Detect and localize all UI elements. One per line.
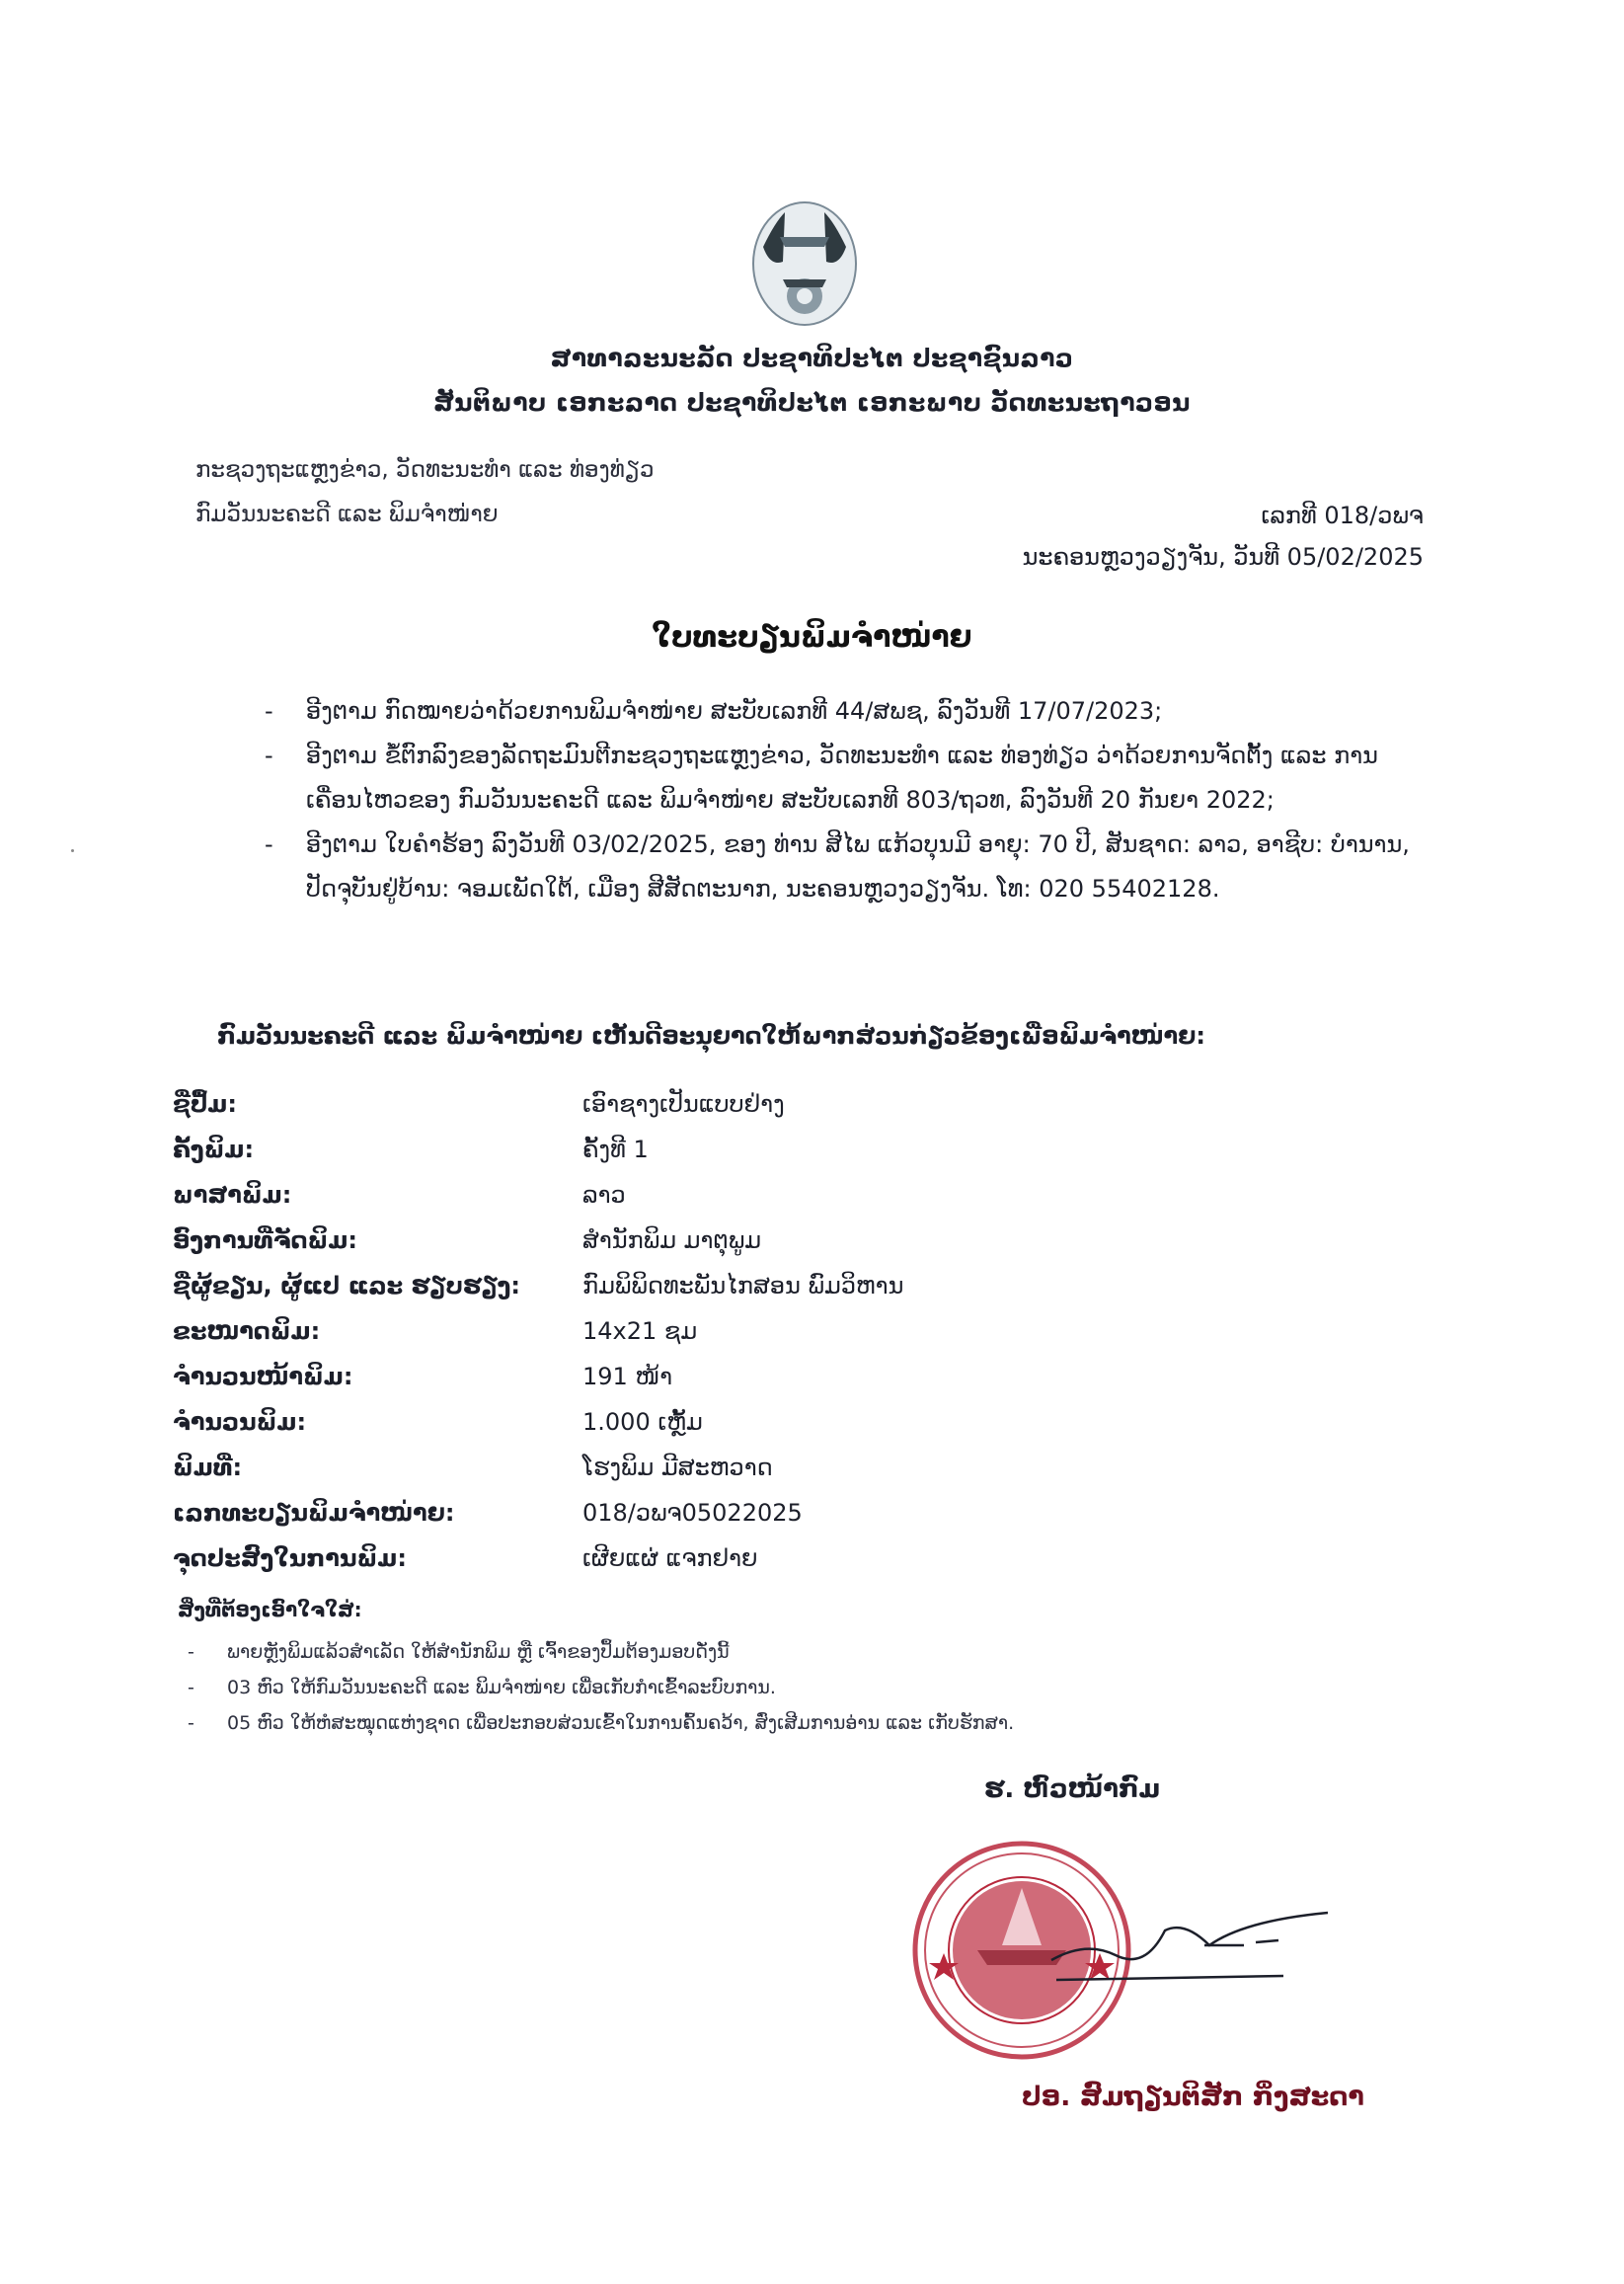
signer-name: ປອ. ສົມຖຽນຕິສັກ ກິ່ງສະດາ bbox=[1022, 2082, 1364, 2112]
field-label: ຄັ້ງພິມ: bbox=[173, 1136, 582, 1163]
lao-national-emblem-icon bbox=[745, 193, 864, 331]
reference-item: ອີງຕາມ ໃບຄຳຮ້ອງ ລົງວັນທີ 03/02/2025, ຂອງ… bbox=[265, 823, 1439, 911]
signer-title: ຮ. ຫົວໜ້າກົມ bbox=[984, 1774, 1160, 1804]
document-number: ເລກທີ 018/ວພຈ bbox=[1261, 502, 1424, 529]
notes-title: ສິ່ງທີ່ຕ້ອງເອົາໃຈໃສ່: bbox=[178, 1598, 362, 1621]
state-motto-line2: ສັນຕິພາບ ເອກະລາດ ປະຊາທິປະໄຕ ເອກະພາບ ວັດທ… bbox=[0, 388, 1624, 417]
field-value: 1.000 ເຫຼັ້ມ bbox=[582, 1408, 703, 1436]
field-row: ຈຸດປະສົງໃນການພິມ:ເຜີຍແຜ່ ແຈກຢາຍ bbox=[173, 1536, 903, 1581]
grant-statement: ກົມວັນນະຄະດີ ແລະ ພິມຈຳໜ່າຍ ເຫັນດີອະນຸຍາດ… bbox=[217, 1022, 1205, 1050]
field-value: ເຜີຍແຜ່ ແຈກຢາຍ bbox=[582, 1544, 758, 1572]
field-value: 018/ວພຈ05022025 bbox=[582, 1499, 803, 1527]
field-value: 14x21 ຊມ bbox=[582, 1317, 697, 1345]
field-label: ຈຸດປະສົງໃນການພິມ: bbox=[173, 1544, 582, 1572]
field-row: ອົງການທີ່ຈັດພິມ:ສຳນັກພິມ ມາຕຸພູມ bbox=[173, 1218, 903, 1263]
field-row: ຈຳນວນພິມ:1.000 ເຫຼັ້ມ bbox=[173, 1399, 903, 1445]
department-name: ກົມວັນນະຄະດີ ແລະ ພິມຈຳໜ່າຍ bbox=[195, 502, 499, 527]
reference-item: ອີງຕາມ ຂໍ້ຕົກລົງຂອງລັດຖະມົນຕີກະຊວງຖະແຫຼງ… bbox=[265, 734, 1439, 823]
note-item: 03 ຫົວ ໃຫ້ກົມວັນນະຄະດີ ແລະ ພິມຈຳໜ່າຍ ເພື… bbox=[188, 1670, 1014, 1705]
state-motto-line1: ສາທາລະນະລັດ ປະຊາທິປະໄຕ ປະຊາຊົນລາວ bbox=[0, 344, 1624, 372]
field-row: ຊື່ປຶ້ມ:ເອົາຊາງເປັນແບບຢ່າງ bbox=[173, 1081, 903, 1127]
notes-list: ພາຍຫຼັງພິມແລ້ວສຳເລັດ ໃຫ້ສຳນັກພິມ ຫຼື ເຈົ… bbox=[188, 1634, 1014, 1741]
field-row: ພາສາພິມ:ລາວ bbox=[173, 1172, 903, 1218]
field-label: ອົງການທີ່ຈັດພິມ: bbox=[173, 1226, 582, 1254]
ministry-name: ກະຊວງຖະແຫຼງຂ່າວ, ວັດທະນະທຳ ແລະ ທ່ອງທ່ຽວ bbox=[195, 457, 655, 483]
place-date: ນະຄອນຫຼວງວຽງຈັນ, ວັນທີ 05/02/2025 bbox=[1023, 543, 1424, 571]
field-value: ສຳນັກພິມ ມາຕຸພູມ bbox=[582, 1226, 761, 1254]
note-item: 05 ຫົວ ໃຫ້ຫໍສະໝຸດແຫ່ງຊາດ ເພື່ອປະກອບສ່ວນເ… bbox=[188, 1705, 1014, 1741]
field-row: ຂະໜາດພິມ:14x21 ຊມ bbox=[173, 1308, 903, 1354]
reference-item: ອີງຕາມ ກົດໝາຍວ່າດ້ວຍການພິມຈຳໜ່າຍ ສະບັບເລ… bbox=[265, 689, 1439, 734]
note-item: ພາຍຫຼັງພິມແລ້ວສຳເລັດ ໃຫ້ສຳນັກພິມ ຫຼື ເຈົ… bbox=[188, 1634, 1014, 1670]
field-row: ເລກທະບຽນພິມຈຳໜ່າຍ:018/ວພຈ05022025 bbox=[173, 1490, 903, 1536]
field-value: ຄັ້ງທີ 1 bbox=[582, 1136, 649, 1163]
field-label: ຈຳນວນພິມ: bbox=[173, 1408, 582, 1436]
field-label: ພາສາພິມ: bbox=[173, 1181, 582, 1209]
document-title: ໃບທະບຽນພິມຈຳໜ່າຍ bbox=[0, 620, 1624, 655]
field-value: ໂຮງພິມ ມີສະຫວາດ bbox=[582, 1454, 773, 1481]
publication-details: ຊື່ປຶ້ມ:ເອົາຊາງເປັນແບບຢ່າງ ຄັ້ງພິມ:ຄັ້ງທ… bbox=[173, 1081, 903, 1581]
field-row: ພິມທີ່:ໂຮງພິມ ມີສະຫວາດ bbox=[173, 1445, 903, 1490]
field-row: ຈຳນວນໜ້າພິມ:191 ໜ້າ bbox=[173, 1354, 903, 1399]
field-value: ລາວ bbox=[582, 1181, 626, 1209]
handwritten-signature-icon bbox=[1046, 1901, 1333, 1990]
scan-speck bbox=[71, 849, 74, 852]
field-value: 191 ໜ້າ bbox=[582, 1363, 672, 1390]
field-row: ຄັ້ງພິມ:ຄັ້ງທີ 1 bbox=[173, 1127, 903, 1172]
field-label: ຊື່ປຶ້ມ: bbox=[173, 1090, 582, 1118]
field-label: ຊື່ຜູ້ຂຽນ, ຜູ້ແປ ແລະ ຮຽບຮຽງ: bbox=[173, 1272, 582, 1300]
field-value: ເອົາຊາງເປັນແບບຢ່າງ bbox=[582, 1090, 785, 1118]
field-label: ເລກທະບຽນພິມຈຳໜ່າຍ: bbox=[173, 1499, 582, 1527]
field-label: ຈຳນວນໜ້າພິມ: bbox=[173, 1363, 582, 1390]
field-value: ກົມພິພິດທະພັນໄກສອນ ພົມວິຫານ bbox=[582, 1272, 903, 1300]
legal-references: ອີງຕາມ ກົດໝາຍວ່າດ້ວຍການພິມຈຳໜ່າຍ ສະບັບເລ… bbox=[265, 689, 1439, 911]
field-label: ຂະໜາດພິມ: bbox=[173, 1317, 582, 1345]
field-label: ພິມທີ່: bbox=[173, 1454, 582, 1481]
field-row: ຊື່ຜູ້ຂຽນ, ຜູ້ແປ ແລະ ຮຽບຮຽງ:ກົມພິພິດທະພັ… bbox=[173, 1263, 903, 1308]
